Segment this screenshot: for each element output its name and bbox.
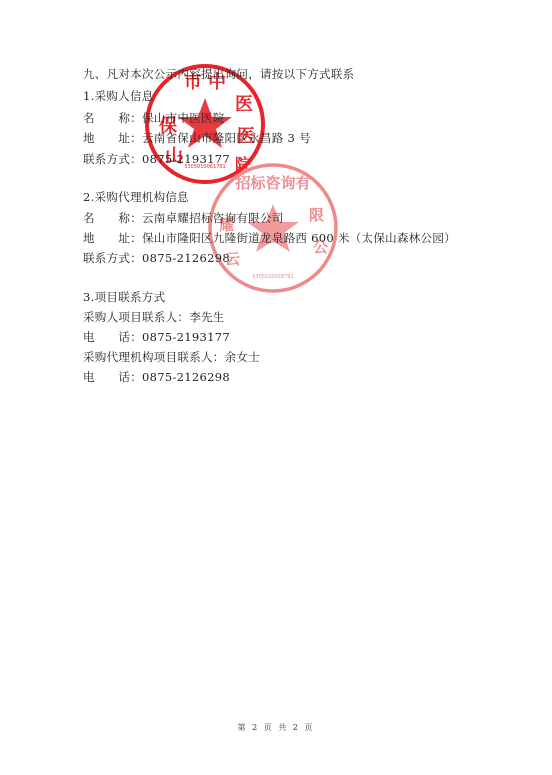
agency-phone-row: 电 话：0875-2126298 [83,370,230,384]
agency-contact-row: 联系方式：0875-2126298 [83,251,230,265]
purchaser-phone: 0875-2193177 [142,330,230,344]
purchaser-address-label: 地 址： [83,131,142,145]
agency-address-row: 地 址：保山市隆阳区九隆街道龙泉路西 600 米（太保山森林公园） [83,231,456,245]
project-contacts-heading: 3.项目联系方式 [83,290,165,304]
purchaser-phone-label: 电 话： [83,330,142,344]
agency-contact: 0875-2126298 [142,251,230,265]
svg-text:限: 限 [309,206,324,224]
svg-text:5305020028791: 5305020028791 [252,274,293,280]
agency-phone: 0875-2126298 [142,370,230,384]
section-title: 九、凡对本次公示内容提出询问，请按以下方式联系 [83,67,354,81]
purchaser-name-label: 名 称： [83,111,142,125]
agency-project-contact-label: 采购代理机构项目联系人： [83,350,225,364]
agency-name: 云南卓耀招标咨询有限公司 [142,211,284,225]
agency-name-label: 名 称： [83,211,142,225]
page-footer: 第 2 页 共 2 页 [0,722,552,733]
agency-heading: 2.采购代理机构信息 [83,190,189,204]
svg-text:招标咨询有: 招标咨询有 [234,174,310,192]
purchaser-contact: 0875-2193177 [142,152,230,166]
purchaser-address: 云南省保山市隆阳区永昌路 3 号 [142,131,311,145]
svg-text:院: 院 [235,155,251,174]
purchaser-heading: 1.采购人信息 [83,89,154,103]
agency-project-contact-row: 采购代理机构项目联系人：余女士 [83,350,260,364]
purchaser-contact-row: 联系方式：0875-2193177 [83,152,230,166]
svg-text:医: 医 [235,94,253,115]
purchaser-name-row: 名 称：保山市中医医院 [83,111,225,125]
agency-name-row: 名 称：云南卓耀招标咨询有限公司 [83,211,284,225]
agency-address: 保山市隆阳区九隆街道龙泉路西 600 米（太保山森林公园） [142,231,456,245]
purchaser-contact-label: 联系方式： [83,152,142,166]
agency-seal-icon: 招标咨询有 耀 限 公 云 5305020028791 [205,160,341,296]
purchaser-project-contact-row: 采购人项目联系人：李先生 [83,310,225,324]
agency-phone-label: 电 话： [83,370,142,384]
document-page: 市 中 保 医 医 山 院 5305010061761 招标咨询有 耀 限 公 … [0,0,552,775]
purchaser-project-contact-label: 采购人项目联系人： [83,310,189,324]
purchaser-name: 保山市中医医院 [142,111,225,125]
agency-contact-label: 联系方式： [83,251,142,265]
agency-address-label: 地 址： [83,231,142,245]
agency-project-contact: 余女士 [225,350,260,364]
purchaser-phone-row: 电 话：0875-2193177 [83,330,230,344]
purchaser-address-row: 地 址：云南省保山市隆阳区永昌路 3 号 [83,131,311,145]
purchaser-project-contact: 李先生 [189,310,224,324]
